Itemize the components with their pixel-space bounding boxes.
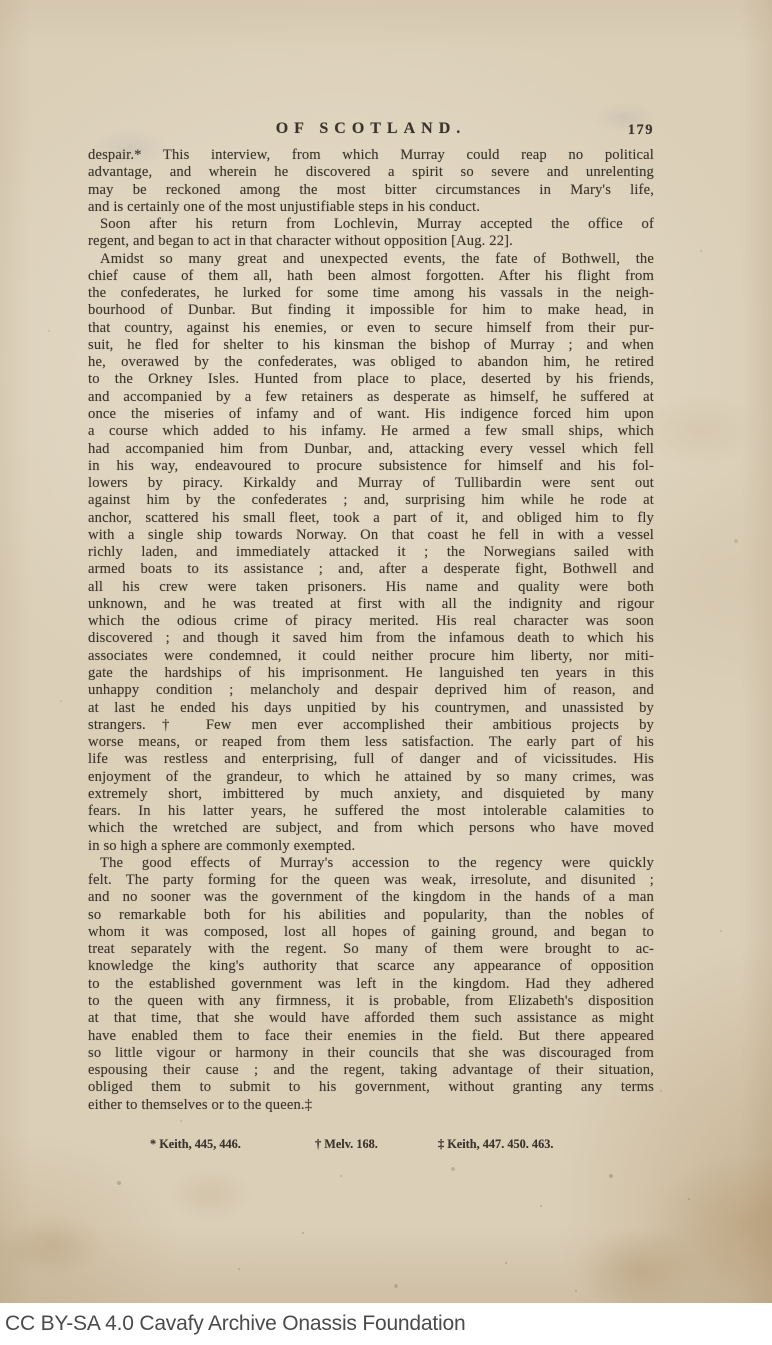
- text-line: may be reckoned among the most bitter ci…: [88, 182, 654, 199]
- text-line: and accompanied by a few retainers as de…: [88, 389, 654, 406]
- text-line: associates were condemned, it could neit…: [88, 648, 654, 665]
- footnote: ‡ Keith, 447. 450. 463.: [438, 1137, 553, 1152]
- text-line: which the odious crime of piracy merited…: [88, 613, 654, 630]
- running-header: OF SCOTLAND. 179: [88, 120, 654, 140]
- text-line: despair.* This interview, from which Mur…: [88, 147, 654, 164]
- text-line: extremely short, imbittered by much anxi…: [88, 786, 654, 803]
- license-text: CC BY-SA 4.0 Cavafy Archive Onassis Foun…: [5, 1312, 465, 1336]
- text-line: so little vigour or harmony in their cou…: [88, 1045, 654, 1062]
- text-line: espousing their cause ; and the regent, …: [88, 1062, 654, 1079]
- text-line: anchor, scattered his small fleet, took …: [88, 510, 654, 527]
- text-line: obliged them to submit to his government…: [88, 1079, 654, 1096]
- text-line: advantage, and wherein he discovered a s…: [88, 164, 654, 181]
- text-line: Amidst so many great and unexpected even…: [88, 251, 654, 268]
- text-line: at last he ended his days unpitied by hi…: [88, 700, 654, 717]
- text-line: discovered ; and though it saved him fro…: [88, 630, 654, 647]
- text-line: he, overawed by the confederates, was ob…: [88, 354, 654, 371]
- page-number: 179: [628, 122, 654, 139]
- page-title: OF SCOTLAND.: [88, 120, 654, 138]
- text-line: and is certainly one of the most unjusti…: [88, 199, 654, 216]
- license-bar: CC BY-SA 4.0 Cavafy Archive Onassis Foun…: [0, 1303, 772, 1345]
- text-line: to the queen with any firmness, it is pr…: [88, 993, 654, 1010]
- text-line: whom it was composed, lost all hopes of …: [88, 924, 654, 941]
- text-line: unknown, and he was treated at first wit…: [88, 596, 654, 613]
- paragraph: Soon after his return from Lochlevin, Mu…: [88, 216, 654, 251]
- text-line: all his crew were taken prisoners. His n…: [88, 579, 654, 596]
- text-line: armed boats to its assistance ; and, aft…: [88, 561, 654, 578]
- body-text: despair.* This interview, from which Mur…: [88, 147, 654, 1114]
- text-line: enjoyment of the grandeur, to which he a…: [88, 769, 654, 786]
- text-line: felt. The party forming for the queen wa…: [88, 872, 654, 889]
- text-line: Soon after his return from Lochlevin, Mu…: [88, 216, 654, 233]
- text-line: have enabled them to face their enemies …: [88, 1028, 654, 1045]
- paragraph: despair.* This interview, from which Mur…: [88, 147, 654, 216]
- text-line: that country, against his enemies, or ev…: [88, 320, 654, 337]
- text-line: to the established government was left i…: [88, 976, 654, 993]
- text-line: fears. In his latter years, he suffered …: [88, 803, 654, 820]
- text-line: worse means, or reaped from them less sa…: [88, 734, 654, 751]
- text-line: with a single ship towards Norway. On th…: [88, 527, 654, 544]
- text-line: regent, and began to act in that charact…: [88, 233, 654, 250]
- book-page-scan: OF SCOTLAND. 179 despair.* This intervie…: [0, 0, 772, 1303]
- text-line: strangers.† Few men ever accomplished th…: [88, 717, 654, 734]
- text-line: richly laden, and immediately attacked i…: [88, 544, 654, 561]
- text-line: treat separately with the regent. So man…: [88, 941, 654, 958]
- text-line: which the wretched are subject, and from…: [88, 820, 654, 837]
- text-line: once the miseries of infamy and of want.…: [88, 406, 654, 423]
- text-line: in so high a sphere are commonly exempte…: [88, 838, 654, 855]
- text-line: to the Orkney Isles. Hunted from place t…: [88, 371, 654, 388]
- footnotes: * Keith, 445, 446.† Melv. 168.‡ Keith, 4…: [0, 1137, 772, 1157]
- text-line: the confederates, he lurked for some tim…: [88, 285, 654, 302]
- text-line: lowers by piracy. Kirkaldy and Murray of…: [88, 475, 654, 492]
- text-line: unhappy condition ; melancholy and despa…: [88, 682, 654, 699]
- footnote: * Keith, 445, 446.: [150, 1137, 241, 1152]
- text-line: The good effects of Murray's accession t…: [88, 855, 654, 872]
- text-line: at that time, that she would have afford…: [88, 1010, 654, 1027]
- text-line: a course which added to his infamy. He a…: [88, 423, 654, 440]
- text-line: knowledge the king's authority that scar…: [88, 958, 654, 975]
- paragraph: Amidst so many great and unexpected even…: [88, 251, 654, 855]
- text-line: bourhood of Dunbar. But finding it impos…: [88, 302, 654, 319]
- paragraph: The good effects of Murray's accession t…: [88, 855, 654, 1114]
- text-line: so remarkable both for his abilities and…: [88, 907, 654, 924]
- text-line: either to themselves or to the queen.‡: [88, 1097, 654, 1114]
- text-line: and no sooner was the government of the …: [88, 889, 654, 906]
- text-line: chief cause of them all, hath been almos…: [88, 268, 654, 285]
- text-line: life was restless and enterprising, full…: [88, 751, 654, 768]
- text-line: had accompanied him from Dunbar, and, at…: [88, 441, 654, 458]
- text-line: in his way, endeavoured to procure subsi…: [88, 458, 654, 475]
- text-line: against him by the confederates ; and, s…: [88, 492, 654, 509]
- text-line: gate the hardships of his imprisonment. …: [88, 665, 654, 682]
- text-line: suit, he fled for shelter to his kinsman…: [88, 337, 654, 354]
- footnote: † Melv. 168.: [315, 1137, 378, 1152]
